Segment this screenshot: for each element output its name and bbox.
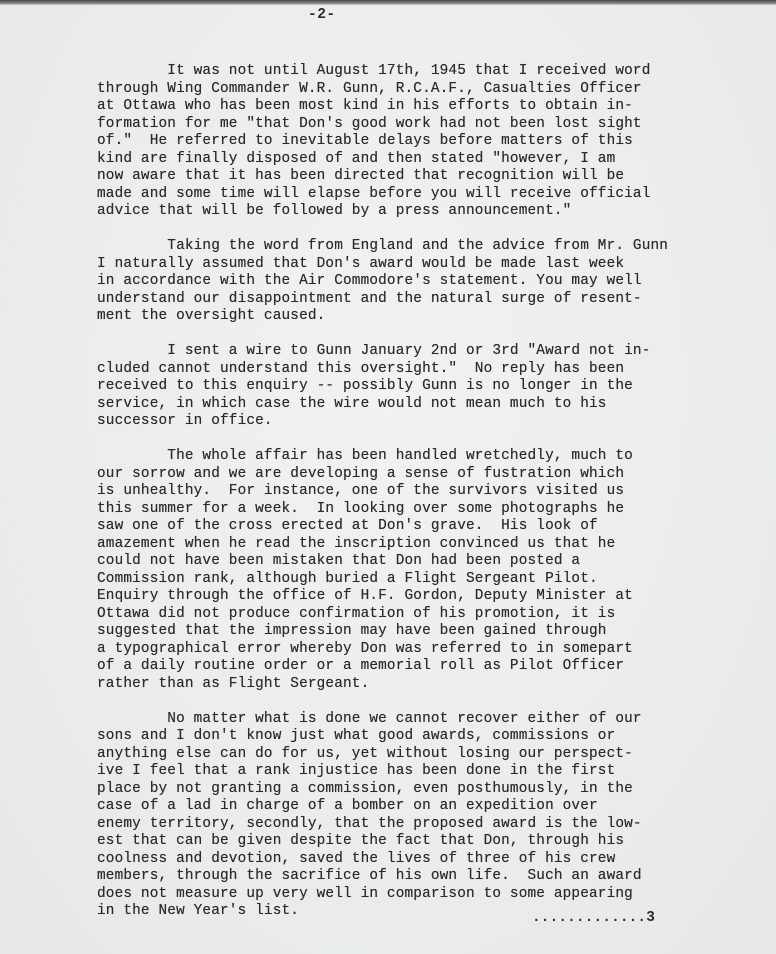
text-line: advice that will be followed by a press … — [97, 203, 757, 221]
text-line: Taking the word from England and the adv… — [97, 238, 757, 256]
text-line: could not have been mistaken that Don ha… — [97, 553, 757, 571]
text-line: received to this enquiry -- possibly Gun… — [97, 378, 757, 396]
text-line: Ottawa did not produce confirmation of h… — [97, 606, 757, 624]
text-line: suggested that the impression may have b… — [97, 623, 757, 641]
continued-on-page-marker: .............3 — [532, 910, 655, 926]
text-line: I sent a wire to Gunn January 2nd or 3rd… — [97, 343, 757, 361]
paragraph-no-matter: No matter what is done we cannot recover… — [97, 711, 757, 921]
text-line: case of a lad in charge of a bomber on a… — [97, 798, 757, 816]
text-line: of." He referred to inevitable delays be… — [97, 133, 757, 151]
paragraph-gunn-word: It was not until August 17th, 1945 that … — [97, 63, 757, 221]
paragraph-wire: I sent a wire to Gunn January 2nd or 3rd… — [97, 343, 757, 431]
text-line: Commission rank, although buried a Fligh… — [97, 571, 757, 589]
letter-body: It was not until August 17th, 1945 that … — [97, 63, 757, 938]
text-line: in the New Year's list. — [97, 903, 757, 921]
text-line: Enquiry through the office of H.F. Gordo… — [97, 588, 757, 606]
text-line: at Ottawa who has been most kind in his … — [97, 98, 757, 116]
text-line: members, through the sacrifice of his ow… — [97, 868, 757, 886]
text-line: is unhealthy. For instance, one of the s… — [97, 483, 757, 501]
text-line: kind are finally disposed of and then st… — [97, 151, 757, 169]
text-line: amazement when he read the inscription c… — [97, 536, 757, 554]
page-number: -2- — [308, 7, 336, 23]
text-line: in accordance with the Air Commodore's s… — [97, 273, 757, 291]
text-line: understand our disappointment and the na… — [97, 291, 757, 309]
text-line: anything else can do for us, yet without… — [97, 746, 757, 764]
text-line: through Wing Commander W.R. Gunn, R.C.A.… — [97, 81, 757, 99]
text-line: our sorrow and we are developing a sense… — [97, 466, 757, 484]
text-line: service, in which case the wire would no… — [97, 396, 757, 414]
text-line: enemy territory, secondly, that the prop… — [97, 816, 757, 834]
text-line: place by not granting a commission, even… — [97, 781, 757, 799]
text-line: rather than as Flight Sergeant. — [97, 676, 757, 694]
text-line: saw one of the cross erected at Don's gr… — [97, 518, 757, 536]
text-line: made and some time will elapse before yo… — [97, 186, 757, 204]
text-line: It was not until August 17th, 1945 that … — [97, 63, 757, 81]
text-line: No matter what is done we cannot recover… — [97, 711, 757, 729]
text-line: formation for me "that Don's good work h… — [97, 116, 757, 134]
text-line: The whole affair has been handled wretch… — [97, 448, 757, 466]
text-line: of a daily routine order or a memorial r… — [97, 658, 757, 676]
text-line: cluded cannot understand this oversight.… — [97, 361, 757, 379]
text-line: est that can be given despite the fact t… — [97, 833, 757, 851]
text-line: now aware that it has been directed that… — [97, 168, 757, 186]
text-line: coolness and devotion, saved the lives o… — [97, 851, 757, 869]
paragraph-england-word: Taking the word from England and the adv… — [97, 238, 757, 326]
text-line: sons and I don't know just what good awa… — [97, 728, 757, 746]
text-line: this summer for a week. In looking over … — [97, 501, 757, 519]
text-line: ive I feel that a rank injustice has bee… — [97, 763, 757, 781]
text-line: successor in office. — [97, 413, 757, 431]
typewritten-page: -2- It was not until August 17th, 1945 t… — [0, 5, 776, 954]
text-line: I naturally assumed that Don's award wou… — [97, 256, 757, 274]
paragraph-affair: The whole affair has been handled wretch… — [97, 448, 757, 693]
text-line: ment the oversight caused. — [97, 308, 757, 326]
text-line: a typographical error whereby Don was re… — [97, 641, 757, 659]
text-line: does not measure up very well in compari… — [97, 886, 757, 904]
